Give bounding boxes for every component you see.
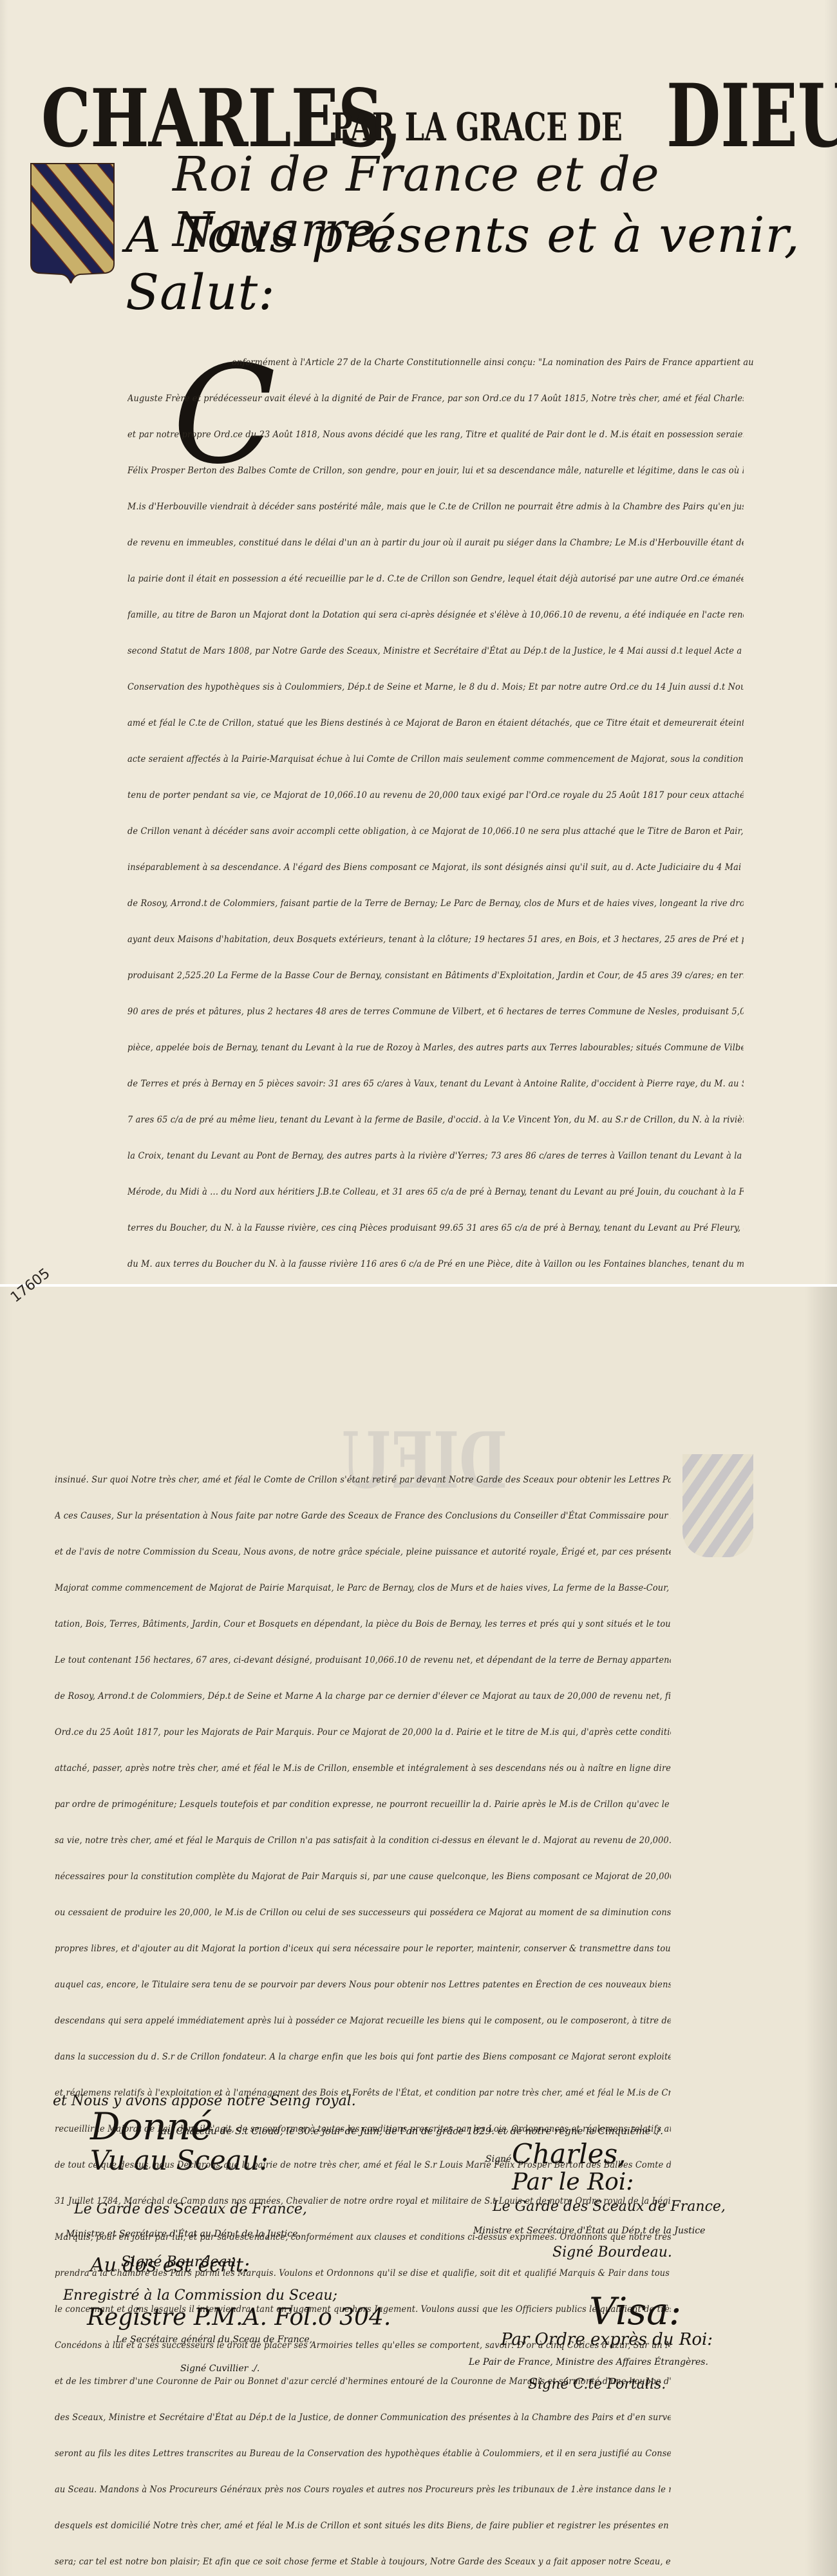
text-line: propres libres, et d'ajouter au dit Majo… (55, 1931, 671, 1967)
text-line: insinué. Sur quoi Notre très cher, amé e… (55, 1462, 671, 1498)
text-line: de Rosoy, Arrond.t de Colommiers, Dép.t … (55, 1678, 671, 1714)
registre-reference: Registre P.M.A. Fol.o 304. (87, 2304, 391, 2331)
text-line: Majorat comme commencement de Majorat de… (55, 1570, 671, 1606)
enregistre-text: Enregistré à la Commission du Sceau; (63, 2287, 337, 2304)
text-line: de Rosoy, Arrond.t de Colommiers, faisan… (127, 885, 744, 922)
vu-au-sceau-heading: Vu au Sceau: (90, 2145, 268, 2176)
text-line: descendans qui sera appelé immédiatement… (55, 2003, 671, 2039)
text-line: et par notre propre Ord.ce du 23 Août 18… (127, 417, 744, 453)
signature-bourdeau-right: Signé Bourdeau. (552, 2244, 672, 2260)
text-line: Auguste Frère et prédécesseur avait élev… (127, 381, 744, 417)
signature-portalis: Signé C.te Portalis. (528, 2376, 666, 2392)
title-par-la-grace: PAR LA GRACE DE (332, 105, 623, 150)
page-1: CHARLES, PAR LA GRACE DE DIEU Roi de Fra… (0, 0, 837, 1284)
text-line: sa vie, notre très cher, amé et féal le … (55, 1823, 671, 1859)
par-le-roi: Par le Roi: (512, 2169, 634, 2195)
text-line: tenu de porter pendant sa vie, ce Majora… (127, 777, 744, 813)
text-line: amé et féal le C.te de Crillon, statué q… (127, 705, 744, 741)
text-line: produisant 2,525.20 La Ferme de la Basse… (127, 958, 744, 994)
text-line: de Crillon venant à décéder sans avoir a… (127, 813, 744, 849)
donne-text: au Château de S.t Cloud, le 30.e jour de… (161, 2125, 663, 2137)
body-text-page-2: insinué. Sur quoi Notre très cher, amé e… (55, 1462, 724, 2576)
text-line: Félix Prosper Berton des Balbes Comte de… (127, 453, 744, 489)
ministre-justice-right: Ministre et Secrétaire d'État au Dép.t d… (473, 2226, 705, 2236)
garde-des-sceaux-left: Le Garde des Sceaux de France, (74, 2201, 307, 2217)
par-ordre-expres: Par Ordre exprès du Roi: (501, 2330, 713, 2349)
pair-ministre-affaires-etrangeres: Le Pair de France, Ministre des Affaires… (469, 2357, 708, 2367)
salutation: A Tous présents et à venir, Salut: (126, 206, 837, 321)
text-line: terres du Boucher, du N. à la Fausse riv… (127, 1210, 744, 1246)
text-line: Le tout contenant 156 hectares, 67 ares,… (55, 1642, 671, 1678)
garde-des-sceaux-right: Le Garde des Sceaux de France, (493, 2199, 726, 2215)
text-line: la pairie dont il était en possession a … (127, 561, 744, 597)
text-line: ayant deux Maisons d'habitation, deux Bo… (127, 922, 744, 958)
text-line: attaché, passer, après notre très cher, … (55, 1750, 671, 1786)
text-line: et de l'avis de notre Commission du Scea… (55, 1534, 671, 1570)
text-line: acte seraient affectés à la Pairie-Marqu… (127, 741, 744, 777)
text-line: Ord.ce du 25 Août 1817, pour les Majorat… (55, 1714, 671, 1750)
text-line: A ces Causes, Sur la présentation à Nous… (55, 1498, 671, 1534)
text-line: tation, Bois, Terres, Bâtiments, Jardin,… (55, 1606, 671, 1642)
text-line: famille, au titre de Baron un Majorat do… (127, 597, 744, 633)
text-line: inséparablement à sa descendance. A l'ég… (127, 849, 744, 885)
text-line: M.is d'Herbouville viendrait à décéder s… (127, 489, 744, 525)
text-line: auquel cas, encore, le Titulaire sera te… (55, 1967, 671, 2003)
ministre-justice-left: Ministre et Secrétaire d'État au Dép.t d… (66, 2229, 301, 2239)
text-line: seront au fils les dites Lettres transcr… (55, 2436, 671, 2472)
text-line: desquels est domicilié Notre très cher, … (55, 2508, 671, 2544)
text-line: second Statut de Mars 1808, par Notre Ga… (127, 633, 744, 669)
text-line: au Sceau. Mandons à Nos Procureurs Génér… (55, 2472, 671, 2508)
text-line: 7 ares 65 c/a de pré au même lieu, tenan… (127, 1102, 744, 1138)
text-line: la Croix, tenant du Levant au Pont de Be… (127, 1138, 744, 1174)
visa-heading: Visa: (589, 2289, 681, 2333)
text-line: pièce, appelée bois de Bernay, tenant du… (127, 1030, 744, 1066)
signature-charles: Charles, (512, 2138, 626, 2170)
text-line: Mérode, du Midi à ... du Nord aux hériti… (127, 1174, 744, 1210)
text-line: Conservation des hypothèques sis à Coulo… (127, 669, 744, 705)
text-line: ou cessaient de produire les 20,000, le … (55, 1895, 671, 1931)
secretaire-general: Le Secrétaire général du Sceau de France… (116, 2334, 312, 2345)
text-line: sera; car tel est notre bon plaisir; Et … (55, 2544, 671, 2576)
text-line: du M. aux terres du Boucher du N. à la f… (127, 1246, 744, 1282)
text-line: dans la succession du d. S.r de Crillon … (55, 2039, 671, 2075)
signe-label: Signé (485, 2154, 511, 2164)
text-line: onformément à l'Article 27 de la Charte … (232, 345, 753, 381)
signature-cuvillier: Signé Cuvillier ./. (180, 2363, 259, 2374)
au-dos-heading: Au dos est écrit: (90, 2254, 250, 2277)
text-line: 90 ares de prés et pâtures, plus 2 hecta… (127, 994, 744, 1030)
text-line: de Terres et prés à Bernay en 5 pièces s… (127, 1066, 744, 1102)
coat-of-arms-icon (28, 161, 117, 283)
text-line: par ordre de primogéniture; Lesquels tou… (55, 1786, 671, 1823)
text-line: nécessaires pour la constitution complèt… (55, 1859, 671, 1895)
text-line: de revenu en immeubles, constitué dans l… (127, 525, 744, 561)
body-text-page-1: onformément à l'Article 27 de la Charte … (232, 345, 798, 381)
text-line: des Sceaux, Ministre et Secrétaire d'Éta… (55, 2400, 671, 2436)
body-text-page-1-continued: Auguste Frère et prédécesseur avait élev… (127, 381, 797, 1284)
text-line: Poyer, du L. au S. de Crillon, du C.t à … (127, 1282, 744, 1284)
